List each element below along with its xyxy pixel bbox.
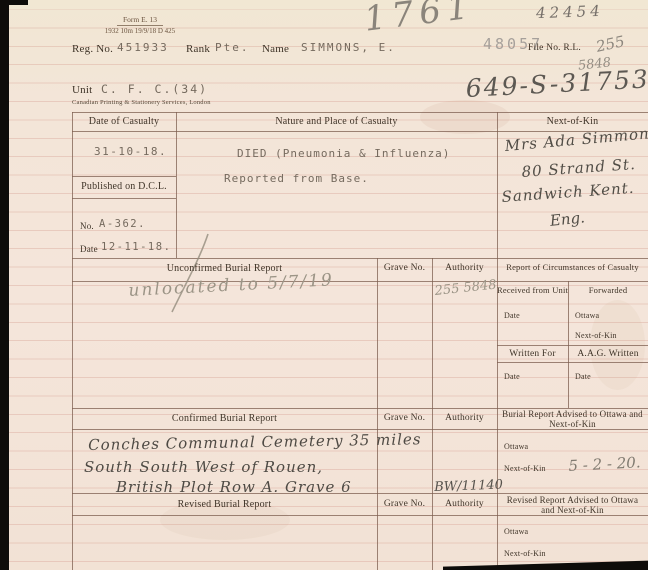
circumstances-header: Report of Circumstances of Casualty (499, 262, 646, 272)
confirmed-authority-handwritten: BW/11140 (434, 478, 503, 495)
confirmed-burial-header: Confirmed Burial Report (72, 413, 377, 424)
nature-line-1: DIED (Pneumonia & Influenza) (237, 147, 450, 160)
handwritten-number-1761: 1761 (362, 0, 477, 40)
burial-advised-nok-label: Next-of-Kin (504, 464, 546, 473)
grid-line (72, 258, 648, 259)
form-print-code: 1932 10m 19/9/18 D 425 (88, 27, 192, 35)
rank-value: Pte. (215, 41, 250, 54)
forwarded-ottawa-label: Ottawa (575, 311, 599, 320)
grid-line (497, 112, 498, 570)
handwritten-file-number: 649-S-31753. (465, 64, 648, 103)
authority-header: Authority (432, 499, 497, 509)
confirmed-burial-line: British Plot Row A. Grave 6 (116, 478, 352, 496)
aag-date-label: Date (575, 372, 591, 381)
revised-advised-ottawa-label: Ottawa (504, 527, 528, 536)
written-for-date-label: Date (504, 372, 520, 381)
dcl-no-label: No. (80, 221, 94, 231)
grid-line (72, 198, 176, 199)
scan-edge-top (0, 0, 28, 5)
grid-line (72, 112, 648, 113)
grave-no-header: Grave No. (377, 499, 432, 509)
next-of-kin-line: Sandwich Kent. (501, 179, 635, 206)
forwarded-nok-label: Next-of-Kin (575, 331, 617, 340)
revised-advised-nok-label: Next-of-Kin (504, 549, 546, 558)
nature-line-2: Reported from Base. (224, 172, 369, 185)
unconfirmed-note-handwritten: unlocated to 5/7/19 (128, 270, 334, 301)
casualty-record-card: Form E. 13 1932 10m 19/9/18 D 425 Reg. N… (0, 0, 648, 570)
reg-no-label: Reg. No. (72, 43, 113, 55)
written-for-label: Written For (497, 349, 568, 359)
nature-of-casualty-header: Nature and Place of Casualty (176, 116, 497, 127)
received-from-unit-label: Received from Unit (497, 285, 568, 295)
revised-burial-header: Revised Burial Report (72, 499, 377, 510)
name-label: Name (262, 43, 289, 55)
handwritten-ledger-a: 255 (594, 32, 626, 56)
file-no-label: File No. R.L. (528, 43, 581, 53)
grid-line (497, 345, 648, 346)
grid-line (497, 362, 648, 363)
burial-advised-date-handwritten: 5 - 2 - 20. (568, 453, 641, 475)
aag-written-label: A.A.G. Written (568, 349, 648, 359)
date-of-casualty-value: 31-10-18. (94, 145, 167, 158)
handwritten-number-42454: 42454 (536, 2, 604, 22)
burial-advised-header: Burial Report Advised to Ottawa and Next… (500, 409, 645, 430)
burial-advised-ottawa-label: Ottawa (504, 442, 528, 451)
next-of-kin-line: Mrs Ada Simmons (504, 124, 648, 155)
received-date-label: Date (504, 311, 520, 320)
revised-advised-header: Revised Report Advised to Ottawa and Nex… (500, 495, 645, 516)
confirmed-burial-line: Conches Communal Cemetery 35 miles (88, 430, 422, 454)
grid-line (72, 176, 176, 177)
confirmed-burial-line: South South West of Rouen, (84, 458, 323, 476)
printer-imprint: Canadian Printing & Stationery Services,… (72, 99, 211, 106)
reg-no-value: 451933 (117, 41, 169, 54)
forwarded-label: Forwarded (568, 285, 648, 295)
name-value: SIMMONS, E. (301, 41, 396, 54)
authority-header: Authority (432, 263, 497, 273)
unit-value: C. F. C.(34) (101, 82, 208, 96)
scan-edge-bottom (443, 558, 648, 570)
dcl-no-value: A-362. (99, 218, 146, 230)
next-of-kin-line: 80 Strand St. (521, 155, 636, 181)
form-reference: Form E. 13 1932 10m 19/9/18 D 425 (88, 9, 192, 35)
published-dcl-header: Published on D.C.L. (72, 181, 176, 192)
form-number: Form E. 13 (117, 15, 163, 26)
authority-header: Authority (432, 413, 497, 423)
grave-no-header: Grave No. (377, 413, 432, 423)
unit-label: Unit (72, 84, 92, 96)
scan-edge-left (0, 0, 9, 570)
dcl-date-label: Date (80, 244, 98, 254)
next-of-kin-line: Eng. (549, 208, 586, 230)
grave-no-header: Grave No. (377, 263, 432, 273)
rank-label: Rank (186, 43, 210, 55)
date-of-casualty-header: Date of Casualty (72, 116, 176, 127)
